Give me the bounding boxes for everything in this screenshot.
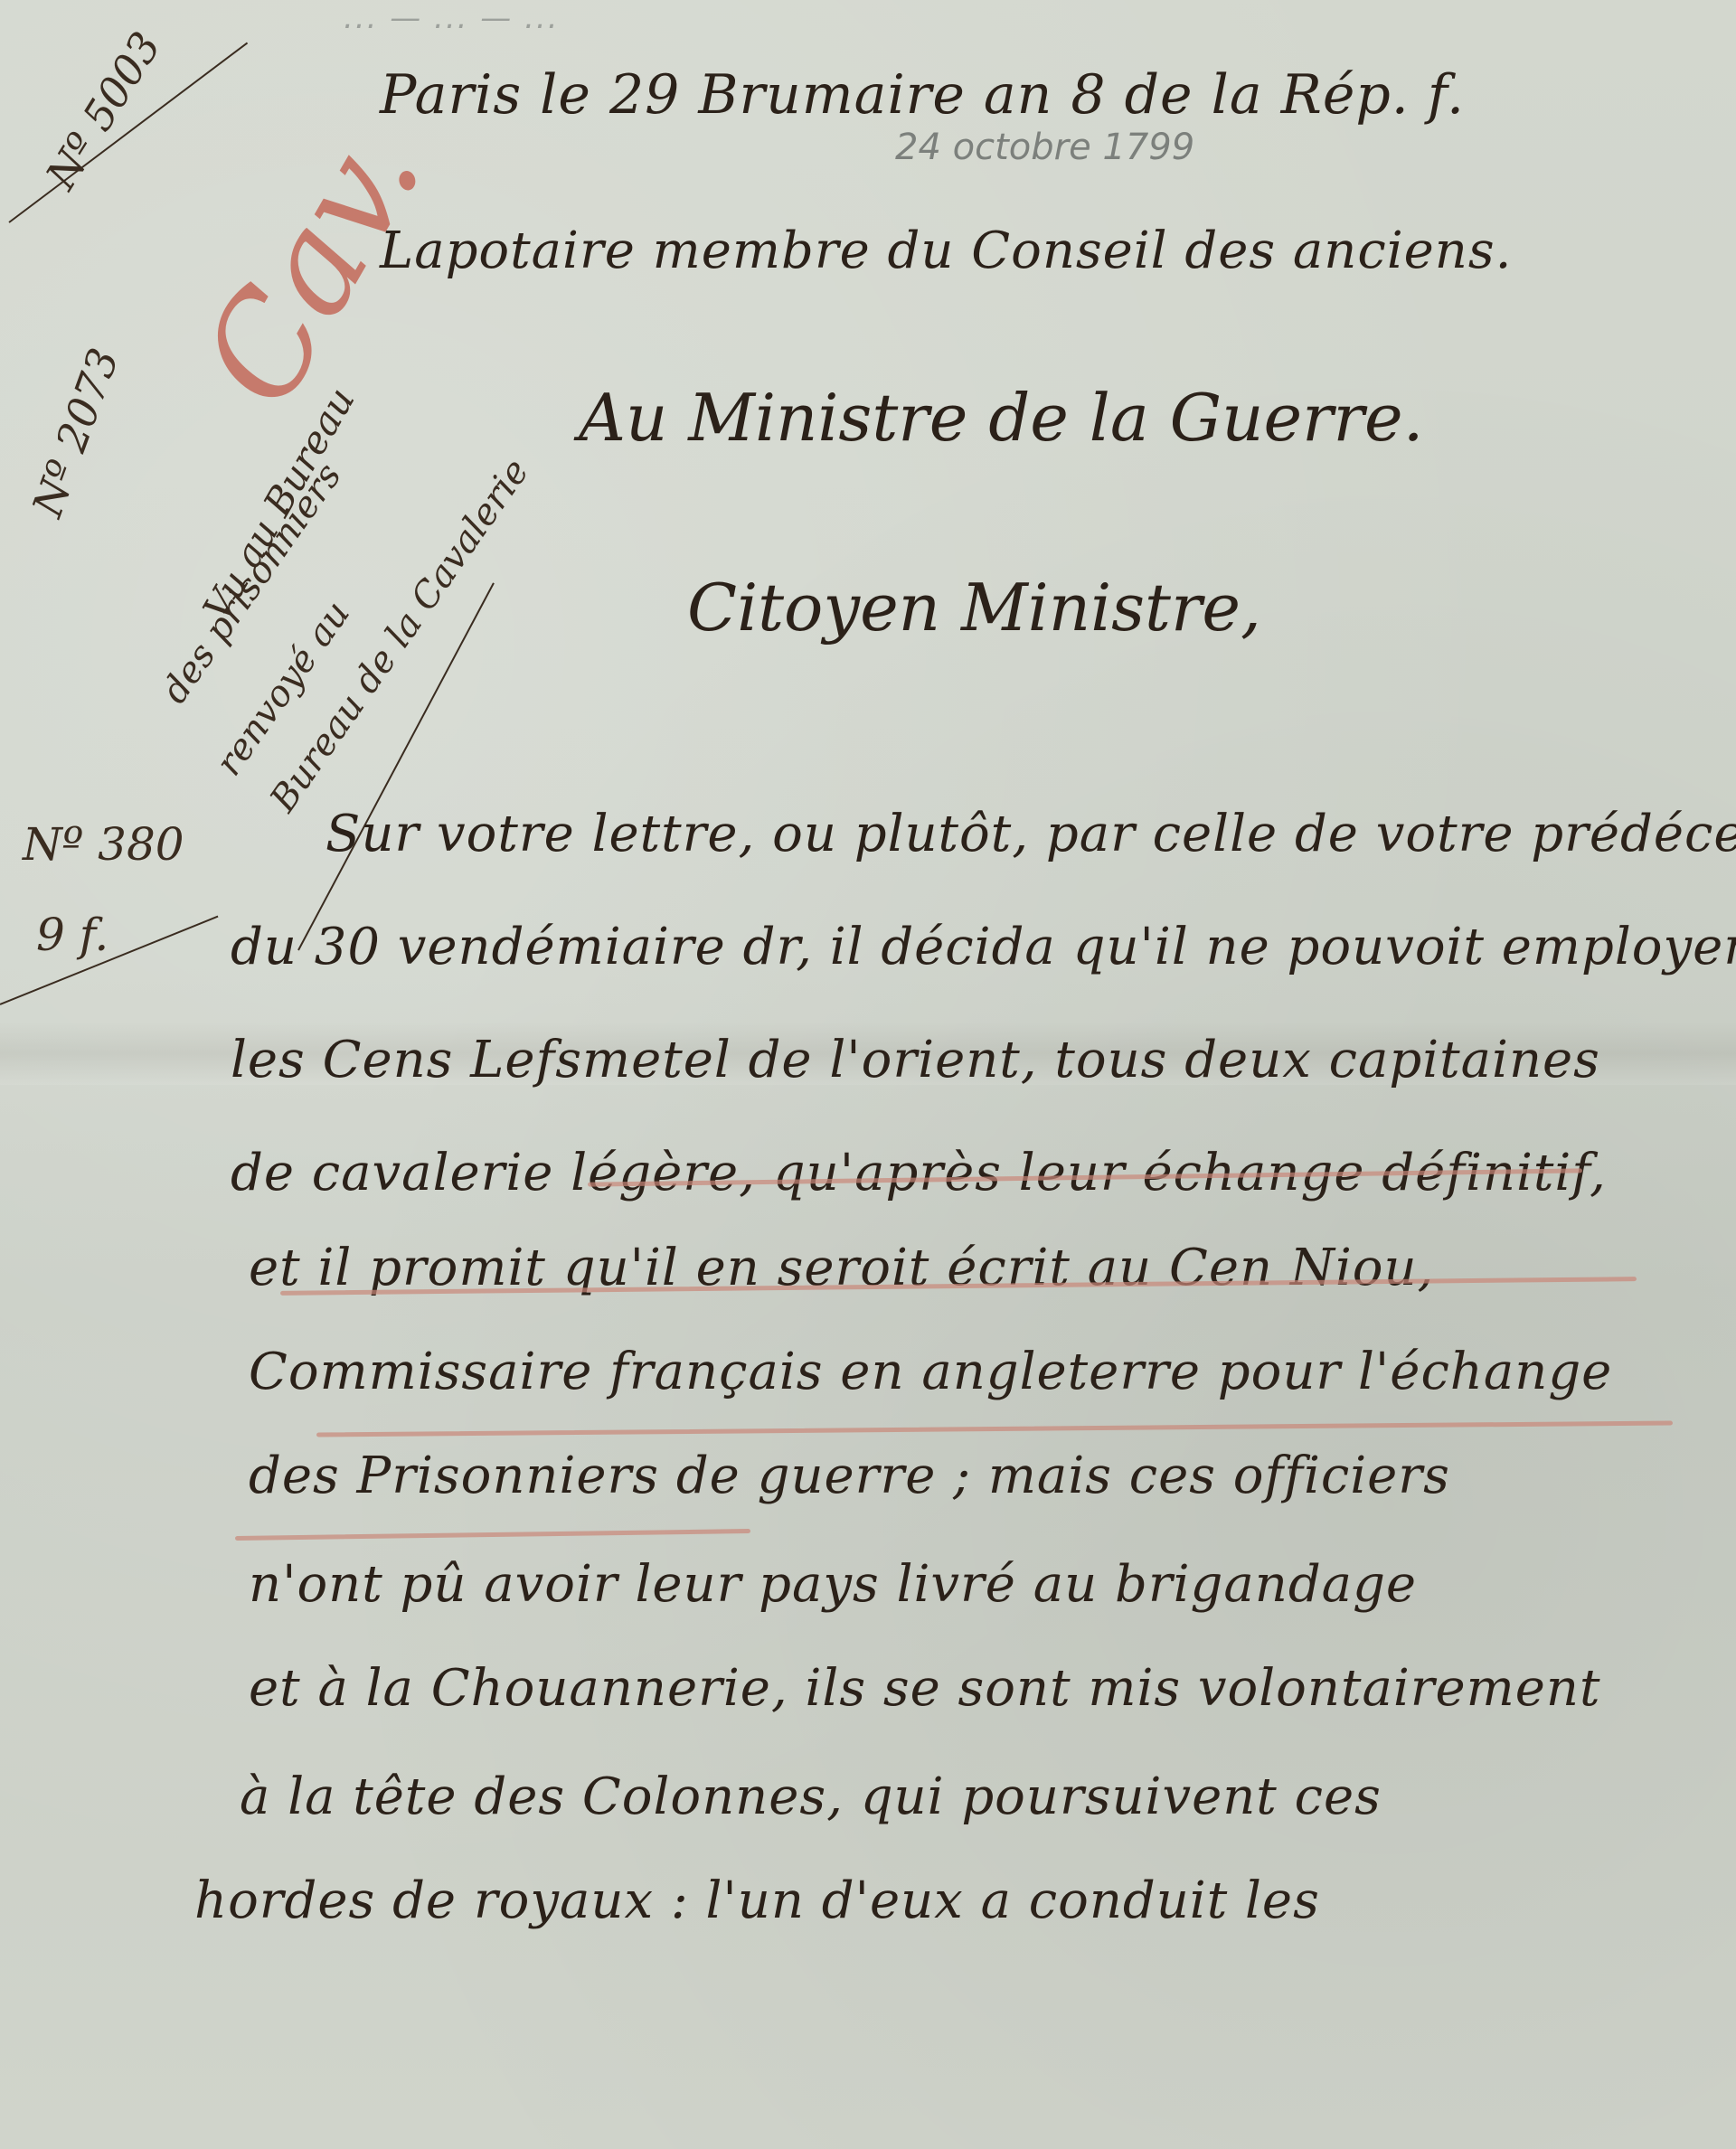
body-line-9: et à la Chouannerie, ils se sont mis vol… bbox=[249, 1659, 1601, 1718]
margin-reference-number: Nº 5003 bbox=[36, 24, 170, 198]
addressee: Au Ministre de la Guerre. bbox=[579, 380, 1423, 456]
body-line-6: Commissaire français en angleterre pour … bbox=[249, 1343, 1612, 1401]
margin-registry-number: Nº 2073 bbox=[23, 342, 128, 523]
place-and-date: Paris le 29 Brumaire an 8 de la Rép. f. bbox=[380, 63, 1465, 127]
red-underline-4 bbox=[235, 1529, 750, 1541]
body-line-8: n'ont pû avoir leur pays livré au brigan… bbox=[249, 1555, 1417, 1614]
red-underline-3 bbox=[316, 1420, 1673, 1437]
body-line-3: les Cens Lefsmetel de l'orient, tous deu… bbox=[231, 1031, 1600, 1089]
date-pencil-annotation: 24 octobre 1799 bbox=[895, 127, 1194, 168]
margin-initials-lower: 9 f. bbox=[36, 909, 108, 961]
body-line-1: Sur votre lettre, ou plutôt, par celle d… bbox=[325, 805, 1736, 863]
pencil-header-top: ... — ... — ... bbox=[344, 0, 560, 36]
salutation: Citoyen Ministre, bbox=[687, 570, 1261, 646]
body-line-2: du 30 vendémiaire dr, il décida qu'il ne… bbox=[231, 918, 1736, 976]
sender-line: Lapotaire membre du Conseil des anciens. bbox=[380, 221, 1512, 280]
body-line-7: des Prisonniers de guerre ; mais ces off… bbox=[249, 1447, 1450, 1505]
margin-lower-rule bbox=[0, 916, 218, 1005]
margin-number-lower: Nº 380 bbox=[23, 818, 184, 871]
body-line-10: à la tête des Colonnes, qui poursuivent … bbox=[240, 1767, 1382, 1826]
body-line-11: hordes de royaux : l'un d'eux a conduit … bbox=[194, 1871, 1320, 1930]
margin-diagonal-note-line-2: des prisonniers bbox=[154, 456, 350, 711]
